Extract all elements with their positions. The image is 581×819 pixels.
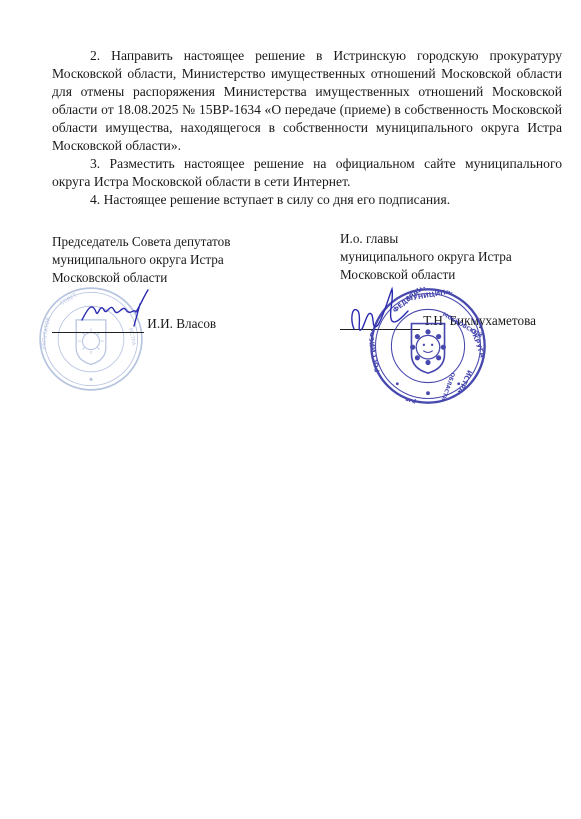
handwritten-signature-right — [348, 285, 418, 345]
signer-title-line: Московской области — [340, 266, 570, 284]
signature-underline — [52, 314, 144, 333]
paragraph-3: 3. Разместить настоящее решение на офици… — [52, 155, 562, 191]
document-body: 2. Направить настоящее решение в Истринс… — [52, 47, 562, 209]
paragraph-4: 4. Настоящее решение вступает в силу со … — [52, 191, 562, 209]
signer-title-line: Председатель Совета депутатов — [52, 233, 292, 251]
signer-name: И.И. Власов — [147, 316, 216, 331]
svg-text:ДЕПУТАТОВ: ДЕПУТАТОВ — [40, 316, 52, 350]
signature-block-left: Председатель Совета депутатов муниципаль… — [52, 233, 292, 287]
signer-title-line: И.о. главы — [340, 230, 570, 248]
paragraph-2: 2. Направить настоящее решение в Истринс… — [52, 47, 562, 155]
svg-text:АДМИНИСТ: АДМИНИСТ — [372, 397, 416, 405]
signer-title-line: муниципального округа Истра — [52, 251, 292, 269]
signature-line-left: И.И. Власов — [52, 314, 216, 333]
document-page: 2. Направить настоящее решение в Истринс… — [0, 0, 581, 819]
signer-title-line: муниципального округа Истра — [340, 248, 570, 266]
signer-title-line: Московской области — [52, 269, 292, 287]
signature-block-right: И.о. главы муниципального округа Истра М… — [340, 230, 570, 284]
svg-text:СОВЕТ: СОВЕТ — [59, 292, 78, 307]
